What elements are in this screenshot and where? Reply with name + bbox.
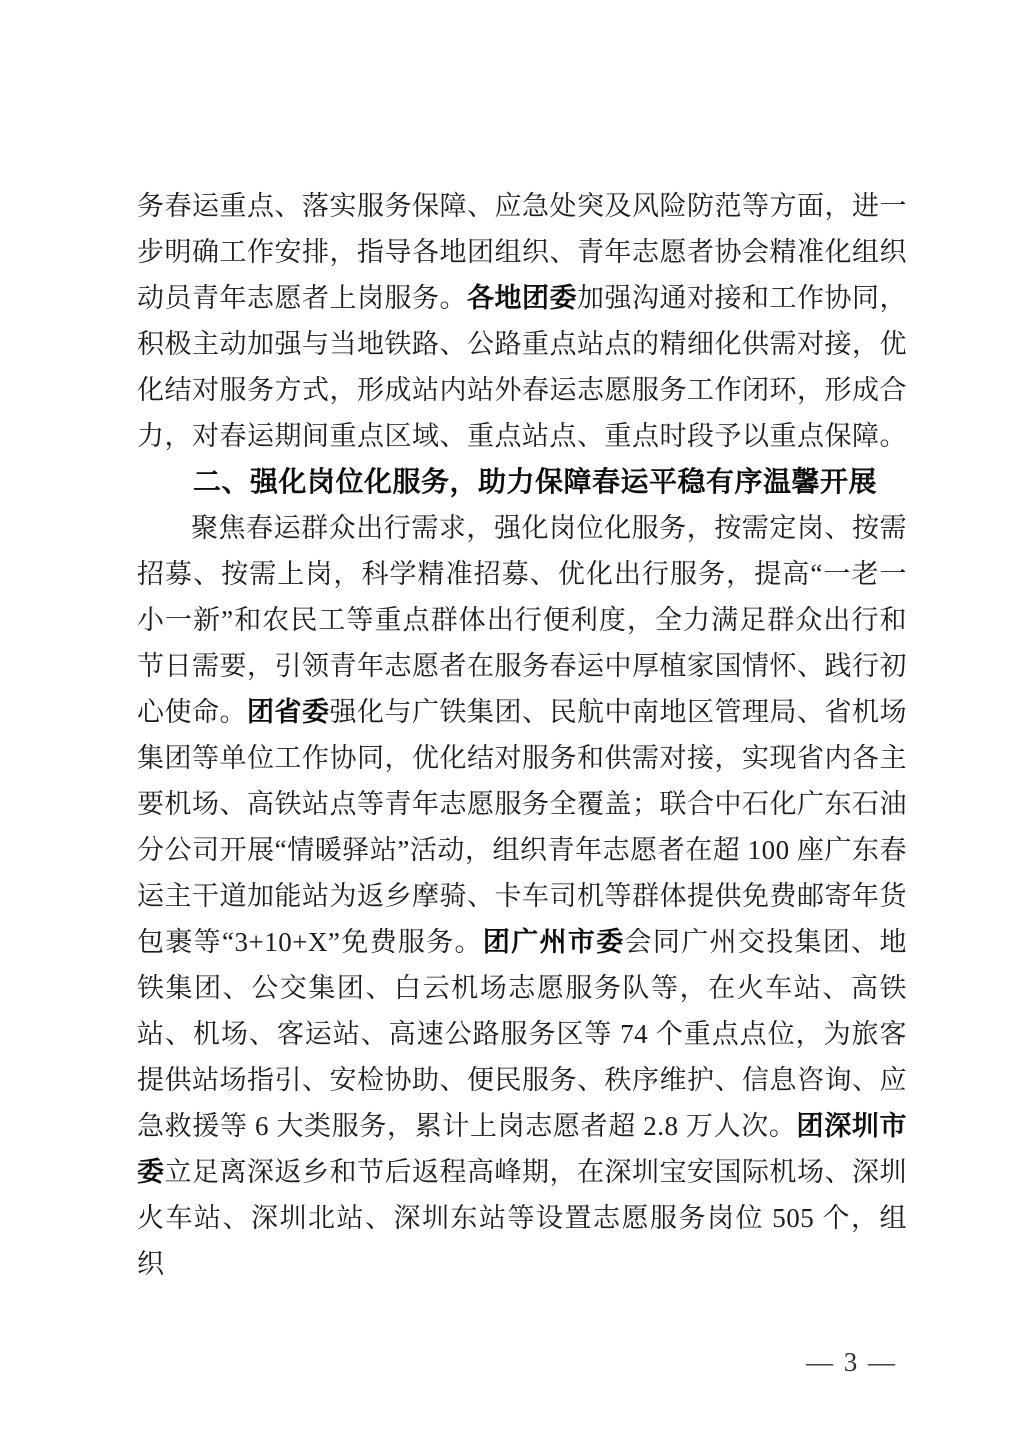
body-text: 会同广州交投集团、地铁集团、公交集团、白云机场志愿服务队等，在火车站、高铁站、机…: [137, 927, 907, 1141]
page-number: — 3 —: [806, 1346, 897, 1378]
emphasis-text: 团广州市委: [483, 927, 625, 957]
emphasis-text: 各地团委: [467, 283, 577, 313]
paragraph-section-two: 聚焦春运群众出行需求，强化岗位化服务，按需定岗、按需招募、按需上岗，科学精准招募…: [137, 505, 907, 1287]
body-text: 强化与广铁集团、民航中南地区管理局、省机场集团等单位工作协同，优化结对服务和供需…: [137, 697, 907, 957]
emphasis-text: 团省委: [247, 697, 330, 727]
document-page: 务春运重点、落实服务保障、应急处突及风险防范等方面，进一步明确工作安排，指导各地…: [0, 0, 1024, 1448]
body-text: 立足离深返乡和节后返程高峰期，在深圳宝安国际机场、深圳火车站、深圳北站、深圳东站…: [137, 1157, 907, 1279]
document-body: 务春运重点、落实服务保障、应急处突及风险防范等方面，进一步明确工作安排，指导各地…: [137, 183, 907, 1287]
body-text: 聚焦春运群众出行需求，强化岗位化服务，按需定岗、按需招募、按需上岗，科学精准招募…: [137, 513, 907, 727]
section-heading: 二、强化岗位化服务，助力保障春运平稳有序温馨开展: [137, 459, 907, 505]
paragraph-continuation: 务春运重点、落实服务保障、应急处突及风险防范等方面，进一步明确工作安排，指导各地…: [137, 183, 907, 459]
emphasis-text: 二、强化岗位化服务，助力保障春运平稳有序温馨开展: [193, 466, 877, 497]
